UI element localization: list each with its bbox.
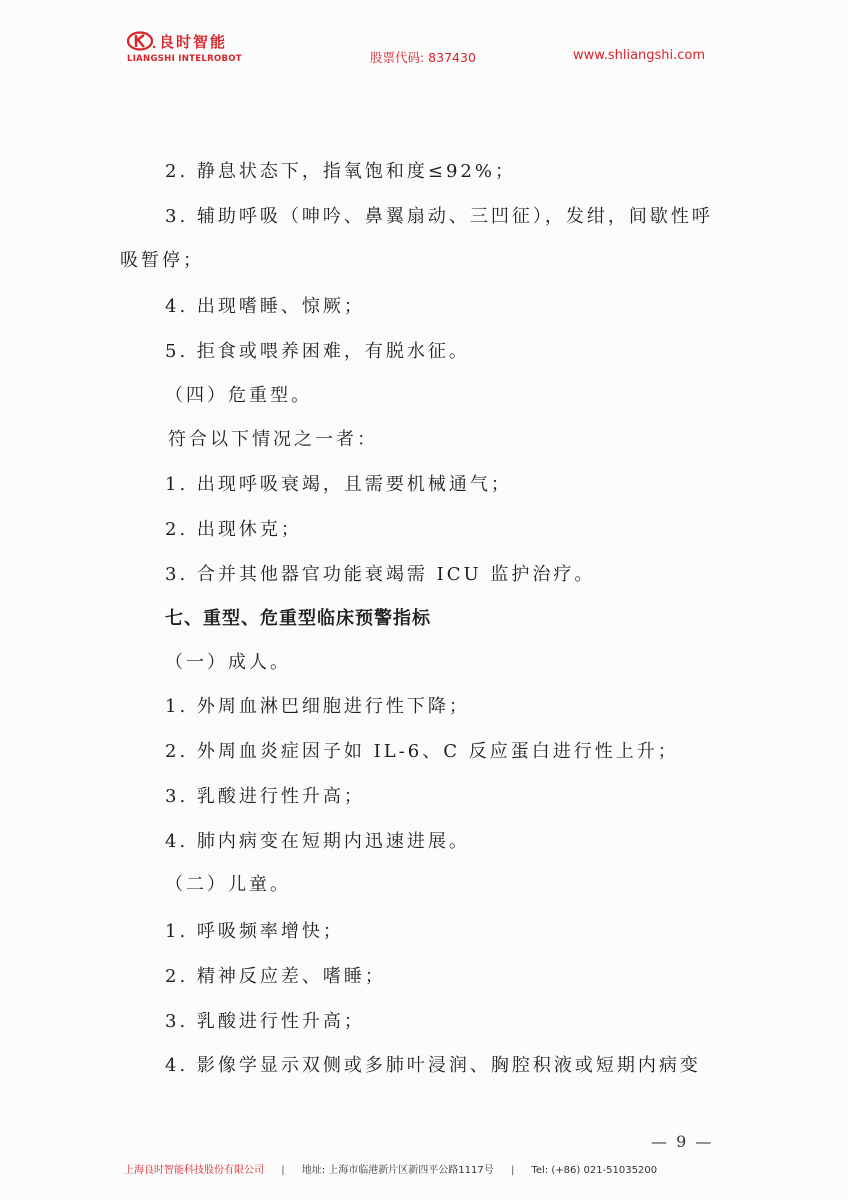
page-number: — 9 — [651,1132,713,1151]
text-line: 3. 乳酸进行性升高； [165,782,365,808]
text-line: 1. 外周血淋巴细胞进行性下降； [165,692,470,718]
footer-company: 上海良时智能科技股份有限公司 [124,1165,264,1176]
footer-separator: | [281,1165,284,1176]
text-line: 3. 乳酸进行性升高； [165,1007,365,1033]
text-line: 3. 合并其他器官功能衰竭需 ICU 监护治疗。 [165,560,595,586]
text-line: 2. 出现休克； [165,515,302,541]
section-heading: （四）危重型。 [165,381,312,407]
text-line: 3. 辅助呼吸（呻吟、鼻翼扇动、三凹征），发绀，间歇性呼 [165,202,713,228]
footer-tel: Tel: (+86) 021-51035200 [532,1165,658,1176]
page-footer: 上海良时智能科技股份有限公司 | 地址: 上海市临港新片区新四平公路1117号 … [124,1161,724,1176]
text-line: 1. 呼吸频率增快； [165,917,344,943]
logo-chinese-name: 良时智能 [159,31,227,52]
text-line: 符合以下情况之一者： [168,425,378,451]
section-heading: （一）成人。 [165,648,291,674]
text-line: 2. 静息状态下，指氧饱和度≤92%； [165,157,516,183]
text-line: 4. 影像学显示双侧或多肺叶浸润、胸腔积液或短期内病变 [165,1051,701,1077]
logo-k-icon [127,31,157,51]
stock-code: 股票代码: 837430 [370,48,476,66]
text-line: 1. 出现呼吸衰竭，且需要机械通气； [165,470,512,496]
page-header: 良时智能 LIANGSHI INTELROBOT 股票代码: 837430 ww… [127,30,727,70]
chapter-heading: 七、重型、危重型临床预警指标 [165,604,431,630]
text-line: 吸暂停； [120,246,204,272]
section-heading: （二）儿童。 [165,870,291,896]
logo-english-name: LIANGSHI INTELROBOT [127,54,242,64]
text-line: 4. 肺内病变在短期内迅速进展。 [165,827,470,853]
text-line: 5. 拒食或喂养困难，有脱水征。 [165,337,470,363]
website-link[interactable]: www.shliangshi.com [573,48,705,63]
footer-separator: | [511,1165,514,1176]
text-line: 4. 出现嗜睡、惊厥； [165,292,365,318]
footer-address: 地址: 上海市临港新片区新四平公路1117号 [302,1165,494,1176]
text-line: 2. 外周血炎症因子如 IL-6、C 反应蛋白进行性上升； [165,737,679,763]
text-line: 2. 精神反应差、嗜睡； [165,962,386,988]
company-logo: 良时智能 LIANGSHI INTELROBOT [127,30,242,64]
